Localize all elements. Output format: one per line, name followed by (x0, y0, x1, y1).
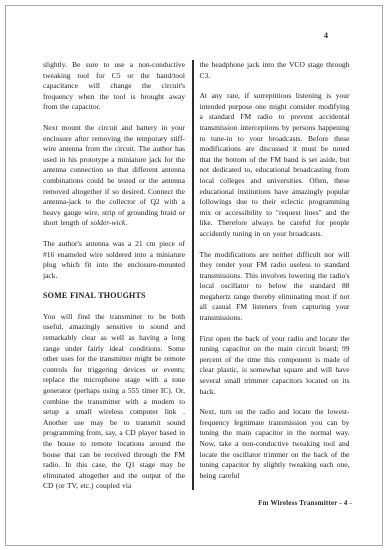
paragraph: First open the back of your radio and lo… (200, 334, 350, 398)
paragraph: You will find the transmitter to be both… (43, 312, 185, 492)
section-heading: SOME FINAL THOUGHTS (43, 291, 185, 302)
left-column: slightly. Be sure to use a non-conductiv… (43, 60, 185, 492)
paragraph-text: . (125, 218, 127, 227)
paragraph: slightly. Be sure to use a non-conductiv… (43, 60, 185, 113)
paragraph: the headphone jack into the VCO stage th… (200, 60, 350, 81)
paragraph: At any rate, if surreptitious listening … (200, 91, 350, 239)
paragraph: Next, turn on the radio and locate the l… (200, 407, 350, 481)
right-column: the headphone jack into the VCO stage th… (200, 60, 350, 481)
page-footer: Fm Wireless Transmitter - 4 - (258, 499, 352, 507)
paragraph: The modifications are neither difficult … (200, 250, 350, 324)
paragraph: Next mount the circuit and battery in yo… (43, 123, 185, 229)
column-divider-rule (192, 60, 194, 490)
paragraph: The author's antenna was a 21 cm piece o… (43, 239, 185, 281)
paragraph-text: Next mount the circuit and battery in yo… (43, 123, 185, 227)
page-number-header: 4 (324, 31, 328, 40)
italic-term: solder-wick (90, 218, 125, 227)
document-body: slightly. Be sure to use a non-conductiv… (43, 60, 350, 492)
